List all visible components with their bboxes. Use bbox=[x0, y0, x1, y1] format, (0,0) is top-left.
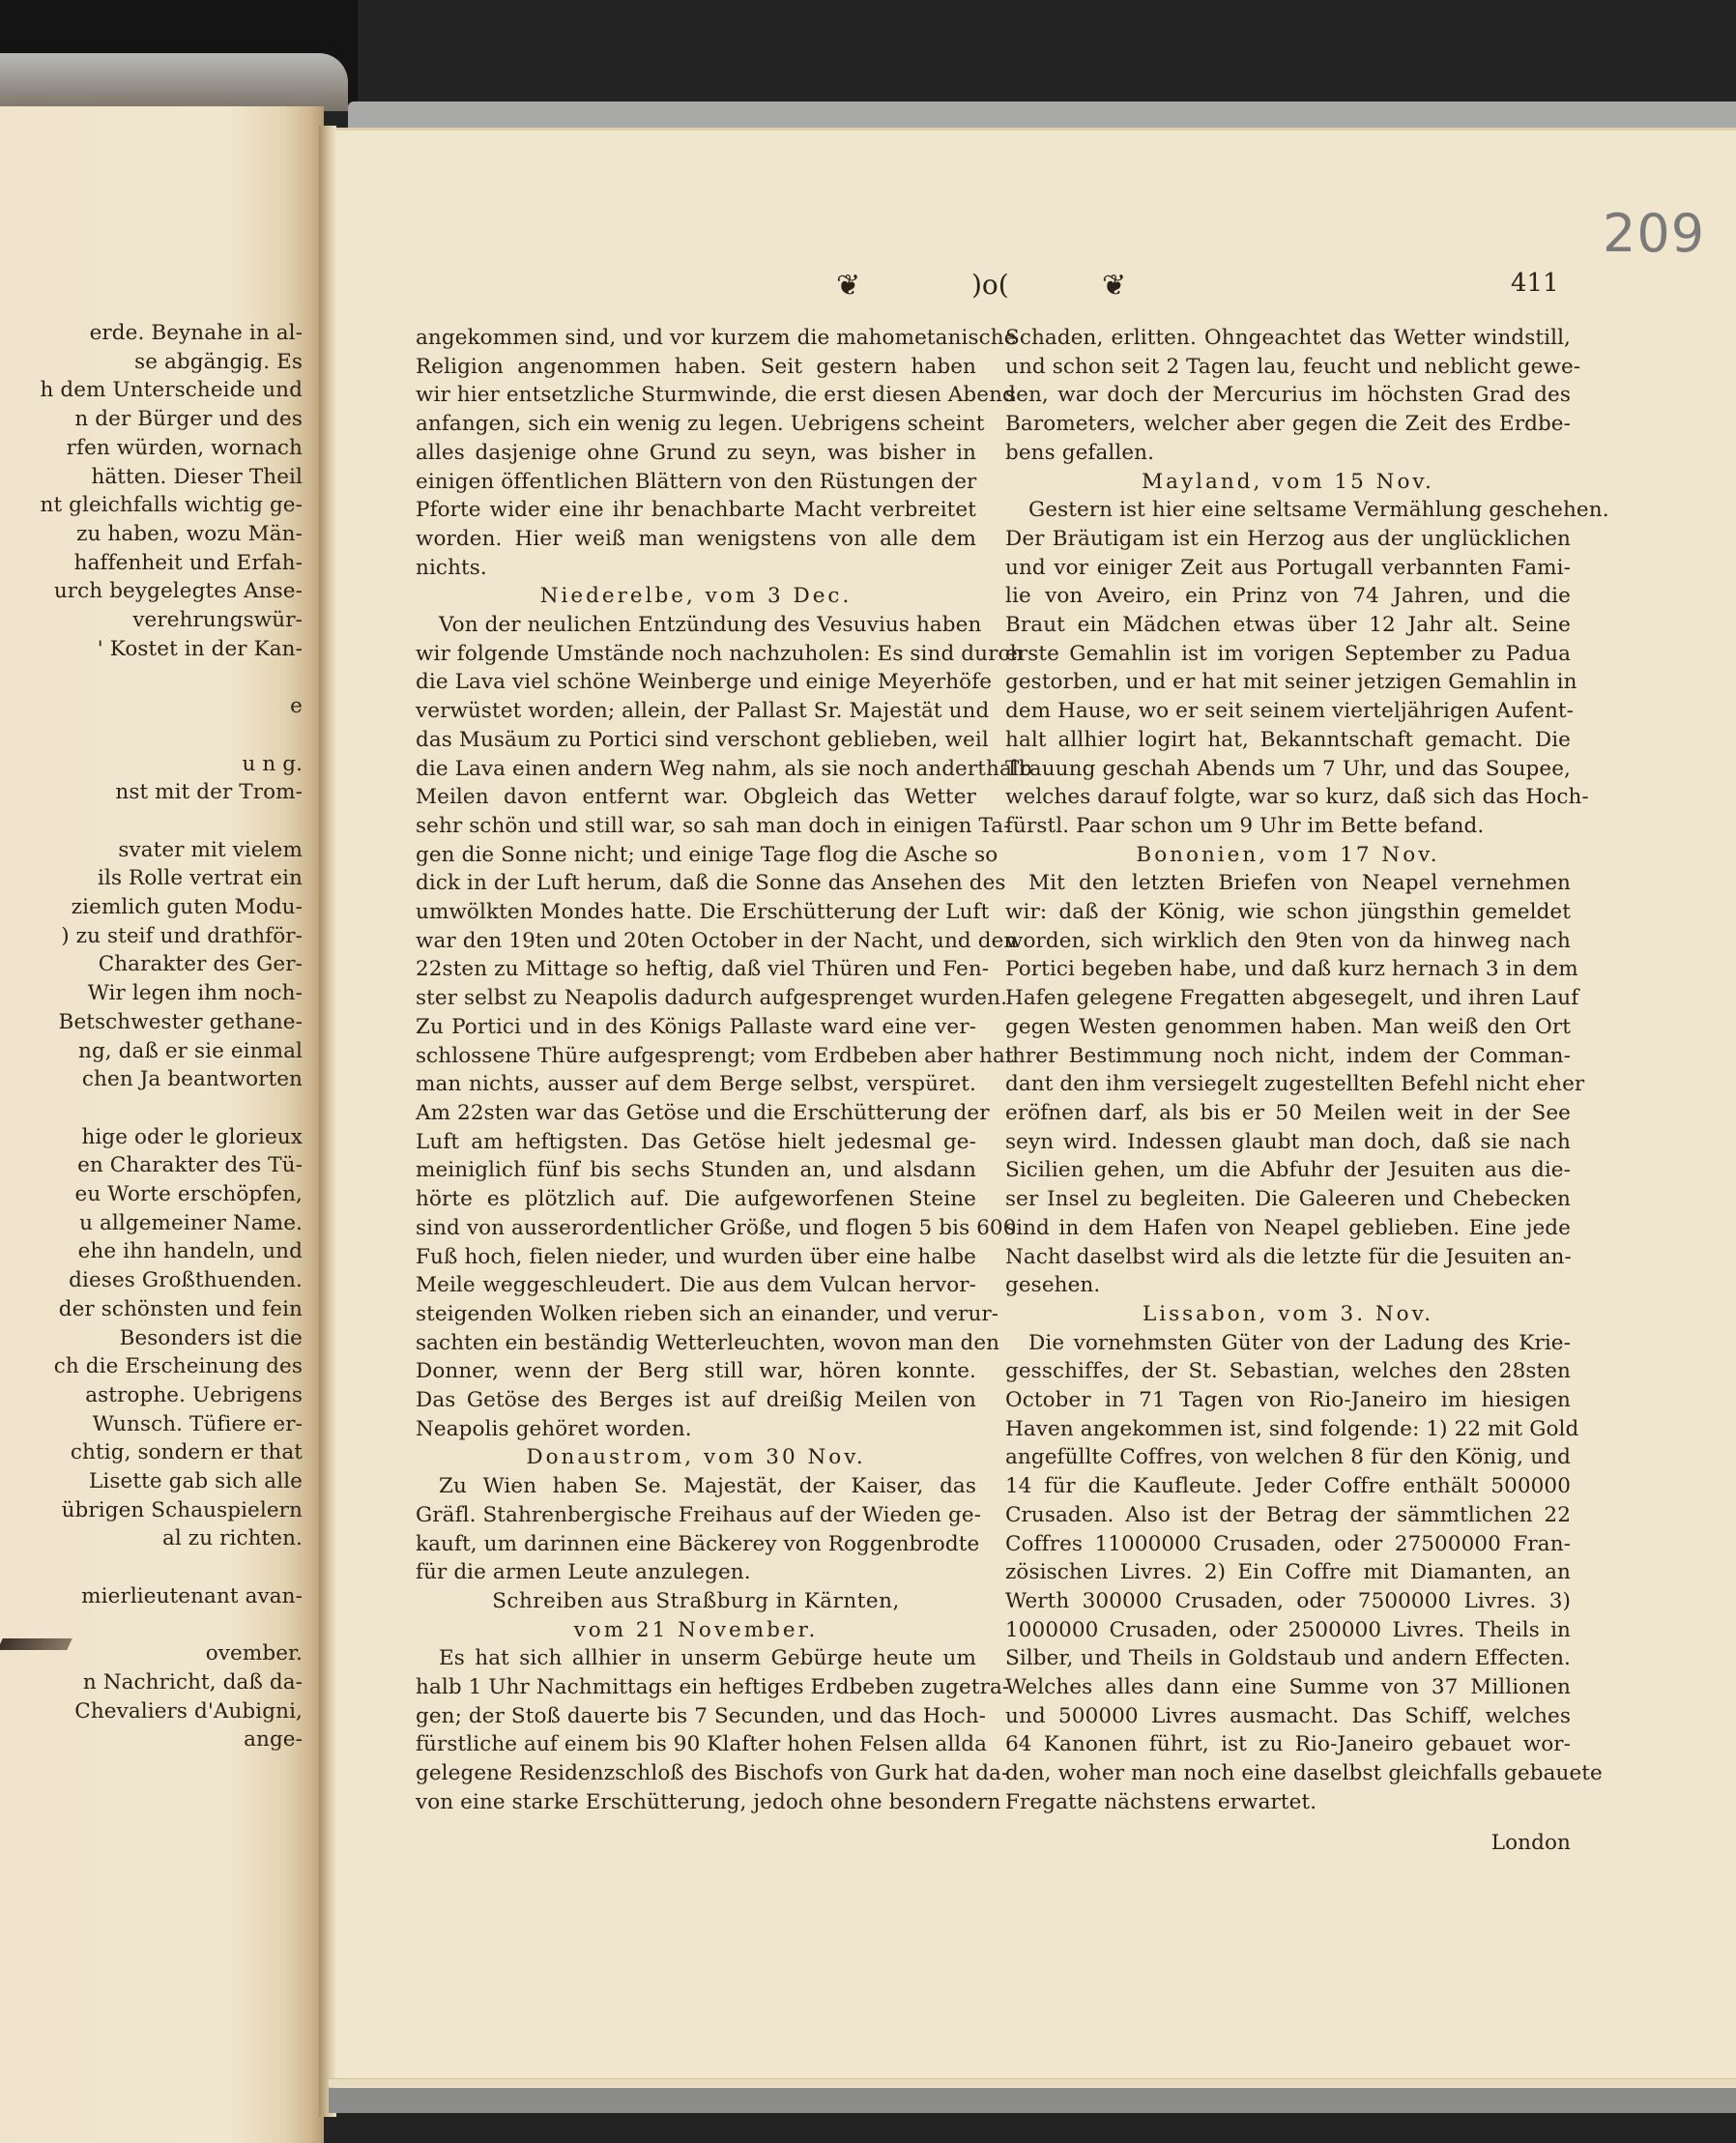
article-line: und 500000 Livres ausmacht. Das Schiff, … bbox=[1005, 1702, 1571, 1731]
left-page-line: ch die Erscheinung des bbox=[8, 1352, 303, 1381]
article-line: gelegene Residenzschloß des Bischofs von… bbox=[416, 1759, 976, 1788]
article-line: welches darauf folgte, war so kurz, daß … bbox=[1005, 783, 1571, 812]
article-line: Meile weggeschleudert. Die aus dem Vulca… bbox=[416, 1271, 976, 1300]
left-page-line: ng, daß er sie einmal bbox=[8, 1037, 303, 1066]
article-line: lie von Aveiro, ein Prinz von 74 Jahren,… bbox=[1005, 582, 1571, 611]
article-line: Werth 300000 Crusaden, oder 7500000 Livr… bbox=[1005, 1587, 1571, 1616]
page-bottom-edge bbox=[329, 2078, 1736, 2087]
article-line: Welches alles dann eine Summe von 37 Mil… bbox=[1005, 1673, 1571, 1702]
article-line: gegen Westen genommen haben. Man weiß de… bbox=[1005, 1013, 1571, 1042]
article-line: 1000000 Crusaden, oder 2500000 Livres. T… bbox=[1005, 1616, 1571, 1645]
page-header: ❦ )o( ❦ bbox=[822, 269, 1556, 307]
article-line: Das Getöse des Berges ist auf dreißig Me… bbox=[416, 1386, 976, 1415]
left-page-line: nt gleichfalls wichtig ge- bbox=[8, 491, 303, 520]
left-page-line: hige oder le glorieux bbox=[8, 1123, 303, 1152]
article-line: Braut ein Mädchen etwas über 12 Jahr alt… bbox=[1005, 611, 1571, 640]
left-page-line: rfen würden, wornach bbox=[8, 434, 303, 463]
article-line: gesschiffes, der St. Sebastian, welches … bbox=[1005, 1357, 1571, 1386]
article-line: Donner, wenn der Berg still war, hören k… bbox=[416, 1357, 976, 1386]
article-line: 64 Kanonen führt, ist zu Rio-Janeiro geb… bbox=[1005, 1730, 1571, 1759]
book-gutter bbox=[319, 126, 336, 2117]
left-page-line: n Nachricht, daß da- bbox=[8, 1668, 303, 1697]
article-line: Gestern ist hier eine seltsame Vermählun… bbox=[1005, 496, 1571, 525]
section-divider-ornament bbox=[0, 1638, 72, 1650]
article-line: und schon seit 2 Tagen lau, feucht und n… bbox=[1005, 353, 1571, 382]
article-line: gestorben, und er hat mit seiner jetzige… bbox=[1005, 668, 1571, 697]
catchword: London bbox=[1005, 1829, 1571, 1858]
left-page-line: Betschwester gethane- bbox=[8, 1008, 303, 1037]
article-line: ihrer Bestimmung noch nicht, indem der C… bbox=[1005, 1042, 1571, 1071]
article-line: zösischen Livres. 2) Ein Coffre mit Diam… bbox=[1005, 1558, 1571, 1587]
left-page-line: ziemlich guten Modu- bbox=[8, 893, 303, 922]
article-line: worden, sich wirklich den 9ten von da hi… bbox=[1005, 927, 1571, 956]
article-line: Die vornehmsten Güter von der Ladung des… bbox=[1005, 1329, 1571, 1358]
left-page-line: nst mit der Trom- bbox=[8, 778, 303, 807]
left-page-line: der schönsten und fein bbox=[8, 1295, 303, 1324]
article-line: gesehen. bbox=[1005, 1271, 1571, 1300]
article-line: Trauung geschah Abends um 7 Uhr, und das… bbox=[1005, 755, 1571, 784]
article-line: Hafen gelegene Fregatten abgesegelt, und… bbox=[1005, 984, 1571, 1013]
left-page-edge bbox=[0, 53, 348, 111]
left-page-line: zu haben, wozu Män- bbox=[8, 520, 303, 549]
article-line: halb 1 Uhr Nachmittags ein heftiges Erdb… bbox=[416, 1673, 976, 1702]
shell-ornament-icon: ❦ bbox=[1102, 269, 1126, 303]
article-line: das Musäum zu Portici sind verschont geb… bbox=[416, 726, 976, 755]
article-line: 14 für die Kaufleute. Jeder Coffre enthä… bbox=[1005, 1472, 1571, 1501]
article-line: Mit den letzten Briefen von Neapel verne… bbox=[1005, 869, 1571, 898]
article-line: steigenden Wolken rieben sich an einande… bbox=[416, 1300, 976, 1329]
article-line: dant den ihm versiegelt zugestellten Bef… bbox=[1005, 1070, 1571, 1099]
article-line: war den 19ten und 20ten October in der N… bbox=[416, 927, 976, 956]
article-line: nichts. bbox=[416, 554, 976, 583]
article-dateline: vom 21 November. bbox=[416, 1616, 976, 1645]
left-page-line: e bbox=[8, 692, 303, 721]
left-page-line: astrophe. Uebrigens bbox=[8, 1381, 303, 1410]
article-line: gen; der Stoß dauerte bis 7 Secunden, un… bbox=[416, 1702, 976, 1731]
left-page-line: ehe ihn handeln, und bbox=[8, 1237, 303, 1266]
article-line: Silber, und Theils in Goldstaub und ande… bbox=[1005, 1644, 1571, 1673]
left-page-line: Charakter des Ger- bbox=[8, 950, 303, 979]
shell-ornament-icon: ❦ bbox=[836, 269, 860, 303]
article-column-middle: angekommen sind, und vor kurzem die maho… bbox=[416, 324, 976, 1817]
article-line: sind von ausserordentlicher Größe, und f… bbox=[416, 1214, 976, 1243]
article-line: Coffres 11000000 Crusaden, oder 27500000… bbox=[1005, 1530, 1571, 1559]
article-line: Schaden, erlitten. Ohngeachtet das Wette… bbox=[1005, 324, 1571, 353]
article-line: Zu Wien haben Se. Majestät, der Kaiser, … bbox=[416, 1472, 976, 1501]
article-line: dem Hause, wo er seit seinem vierteljähr… bbox=[1005, 697, 1571, 726]
left-page-line: ils Rolle vertrat ein bbox=[8, 864, 303, 893]
article-line: sind in dem Hafen von Neapel geblieben. … bbox=[1005, 1214, 1571, 1243]
article-line: fürstl. Paar schon um 9 Uhr im Bette bef… bbox=[1005, 812, 1571, 841]
article-line: Sicilien gehen, um die Abfuhr der Jesuit… bbox=[1005, 1156, 1571, 1185]
left-page-line: übrigen Schauspielern bbox=[8, 1496, 303, 1525]
article-line: kauft, um darinnen eine Bäckerey von Rog… bbox=[416, 1530, 976, 1559]
article-line: Portici begeben habe, und daß kurz herna… bbox=[1005, 955, 1571, 984]
article-line: seyn wird. Indessen glaubt man doch, daß… bbox=[1005, 1128, 1571, 1157]
left-page-line bbox=[8, 1553, 303, 1582]
article-line: sachten ein beständig Wetterleuchten, wo… bbox=[416, 1329, 976, 1358]
article-line: für die armen Leute anzulegen. bbox=[416, 1558, 976, 1587]
article-dateline: Bononien, vom 17 Nov. bbox=[1005, 841, 1571, 870]
left-page-line: erde. Beynahe in al- bbox=[8, 319, 303, 348]
article-dateline: Lissabon, vom 3. Nov. bbox=[1005, 1300, 1571, 1329]
left-page-line: Wunsch. Tüfiere er- bbox=[8, 1410, 303, 1439]
left-page-line: chen Ja beantworten bbox=[8, 1065, 303, 1094]
left-page-line: Lisette gab sich alle bbox=[8, 1467, 303, 1496]
left-page-line: dieses Großthuenden. bbox=[8, 1266, 303, 1295]
page-number: 411 bbox=[1511, 269, 1559, 298]
article-line: October in 71 Tagen von Rio-Janeiro im h… bbox=[1005, 1386, 1571, 1415]
article-line: Luft am heftigsten. Das Getöse hielt jed… bbox=[416, 1128, 976, 1157]
book-cover-bottom-edge bbox=[329, 2088, 1736, 2113]
article-line: dick in der Luft herum, daß die Sonne da… bbox=[416, 869, 976, 898]
article-line: Der Bräutigam ist ein Herzog aus der ung… bbox=[1005, 525, 1571, 554]
left-page-line: urch beygelegtes Anse- bbox=[8, 577, 303, 606]
left-page-line: chtig, sondern er that bbox=[8, 1438, 303, 1467]
left-page-line: Besonders ist die bbox=[8, 1324, 303, 1353]
article-line: wir: daß der König, wie schon jüngsthin … bbox=[1005, 898, 1571, 927]
left-page-line: ' Kostet in der Kan- bbox=[8, 635, 303, 664]
article-line: umwölkten Mondes hatte. Die Erschütterun… bbox=[416, 898, 976, 927]
article-line: angefüllte Coffres, von welchen 8 für de… bbox=[1005, 1443, 1571, 1472]
article-line: wir hier entsetzliche Sturmwinde, die er… bbox=[416, 381, 976, 410]
article-line: Es hat sich allhier in unserm Gebürge he… bbox=[416, 1644, 976, 1673]
article-dateline: Mayland, vom 15 Nov. bbox=[1005, 468, 1571, 497]
article-line: erste Gemahlin ist im vorigen September … bbox=[1005, 640, 1571, 669]
article-line: bens gefallen. bbox=[1005, 439, 1571, 468]
left-page-line: n der Bürger und des bbox=[8, 405, 303, 434]
left-page-line: Chevaliers d'Aubigni, bbox=[8, 1697, 303, 1726]
article-line: fürstliche auf einem bis 90 Klafter hohe… bbox=[416, 1730, 976, 1759]
article-line: Neapolis gehöret worden. bbox=[416, 1415, 976, 1444]
article-line: Religion angenommen haben. Seit gestern … bbox=[416, 353, 976, 382]
left-page-line bbox=[8, 721, 303, 750]
left-page-line bbox=[8, 1094, 303, 1123]
article-line: Crusaden. Also ist der Betrag der sämmtl… bbox=[1005, 1501, 1571, 1530]
article-line: von eine starke Erschütterung, jedoch oh… bbox=[416, 1788, 976, 1817]
article-dateline: Niederelbe, vom 3 Dec. bbox=[416, 582, 976, 611]
left-page-line bbox=[8, 663, 303, 692]
left-page-line bbox=[8, 1611, 303, 1640]
article-line: Von der neulichen Entzündung des Vesuviu… bbox=[416, 611, 976, 640]
article-line: ster selbst zu Neapolis dadurch aufgespr… bbox=[416, 984, 976, 1013]
article-line: und vor einiger Zeit aus Portugall verba… bbox=[1005, 554, 1571, 583]
article-line: sen, war doch der Mercurius im höchsten … bbox=[1005, 381, 1571, 410]
archive-stamp-number: 209 bbox=[1603, 203, 1705, 264]
article-line: den, woher man noch eine daselbst gleich… bbox=[1005, 1759, 1571, 1788]
article-line: die Lava viel schöne Weinberge und einig… bbox=[416, 668, 976, 697]
article-line: anfangen, sich ein wenig zu legen. Uebri… bbox=[416, 410, 976, 439]
article-line: Zu Portici und in des Königs Pallaste wa… bbox=[416, 1013, 976, 1042]
left-page-line: u n g. bbox=[8, 750, 303, 779]
left-page-line: se abgängig. Es bbox=[8, 348, 303, 377]
article-line: Barometers, welcher aber gegen die Zeit … bbox=[1005, 410, 1571, 439]
article-line: Fregatte nächstens erwartet. bbox=[1005, 1788, 1571, 1817]
left-page-line: al zu richten. bbox=[8, 1524, 303, 1553]
article-line: meiniglich fünf bis sechs Stunden an, un… bbox=[416, 1156, 976, 1185]
article-line: worden. Hier weiß man wenigstens von all… bbox=[416, 525, 976, 554]
article-line: eröfnen darf, als bis er 50 Meilen weit … bbox=[1005, 1099, 1571, 1128]
article-line: wir folgende Umstände noch nachzuholen: … bbox=[416, 640, 976, 669]
center-ornament-icon: )o( bbox=[971, 269, 1009, 301]
article-line: schlossene Thüre aufgesprengt; vom Erdbe… bbox=[416, 1042, 976, 1071]
article-line: angekommen sind, und vor kurzem die maho… bbox=[416, 324, 976, 353]
article-line: Meilen davon entfernt war. Obgleich das … bbox=[416, 783, 976, 812]
article-line: hörte es plötzlich auf. Die aufgeworfene… bbox=[416, 1185, 976, 1214]
left-page-line: hätten. Dieser Theil bbox=[8, 463, 303, 492]
article-dateline: Donaustrom, vom 30 Nov. bbox=[416, 1443, 976, 1472]
article-column-right: Schaden, erlitten. Ohngeachtet das Wette… bbox=[1005, 324, 1571, 1857]
article-line: gen die Sonne nicht; und einige Tage flo… bbox=[416, 841, 976, 870]
article-line: 22sten zu Mittage so heftig, daß viel Th… bbox=[416, 955, 976, 984]
article-line: verwüstet worden; allein, der Pallast Sr… bbox=[416, 697, 976, 726]
article-line: halt allhier logirt hat, Bekanntschaft g… bbox=[1005, 726, 1571, 755]
article-dateline: Schreiben aus Straßburg in Kärnten, bbox=[416, 1587, 976, 1616]
article-line: Haven angekommen ist, sind folgende: 1) … bbox=[1005, 1415, 1571, 1444]
article-line: man nichts, ausser auf dem Berge selbst,… bbox=[416, 1070, 976, 1099]
article-line: ser Insel zu begleiten. Die Galeeren und… bbox=[1005, 1185, 1571, 1214]
article-line: Pforte wider eine ihr benachbarte Macht … bbox=[416, 496, 976, 525]
left-page-line: svater mit vielem bbox=[8, 836, 303, 865]
left-page-line: h dem Unterscheide und bbox=[8, 376, 303, 405]
left-page-line: haffenheit und Erfah- bbox=[8, 549, 303, 578]
article-line: alles dasjenige ohne Grund zu seyn, was … bbox=[416, 439, 976, 468]
article-line: sehr schön und still war, so sah man doc… bbox=[416, 812, 976, 841]
left-page-line: verehrungswür- bbox=[8, 606, 303, 635]
left-page-line: en Charakter des Tü- bbox=[8, 1151, 303, 1180]
left-page-text: erde. Beynahe in al-se abgängig. Esh dem… bbox=[8, 319, 303, 1754]
left-page-line: eu Worte erschöpfen, bbox=[8, 1180, 303, 1209]
left-page-line: ange- bbox=[8, 1725, 303, 1754]
article-line: Gräfl. Stahrenbergische Freihaus auf der… bbox=[416, 1501, 976, 1530]
left-page-line bbox=[8, 807, 303, 836]
left-page-line: Wir legen ihm noch- bbox=[8, 979, 303, 1008]
article-line: Nacht daselbst wird als die letzte für d… bbox=[1005, 1243, 1571, 1272]
article-line: einigen öffentlichen Blättern von den Rü… bbox=[416, 468, 976, 497]
article-line: Fuß hoch, fielen nieder, und wurden über… bbox=[416, 1243, 976, 1272]
left-page-line: u allgemeiner Name. bbox=[8, 1209, 303, 1238]
left-page-line: mierlieutenant avan- bbox=[8, 1582, 303, 1611]
article-line: die Lava einen andern Weg nahm, als sie … bbox=[416, 755, 976, 784]
left-page-line: ) zu steif und drathför- bbox=[8, 922, 303, 951]
article-line: Am 22sten war das Getöse und die Erschüt… bbox=[416, 1099, 976, 1128]
